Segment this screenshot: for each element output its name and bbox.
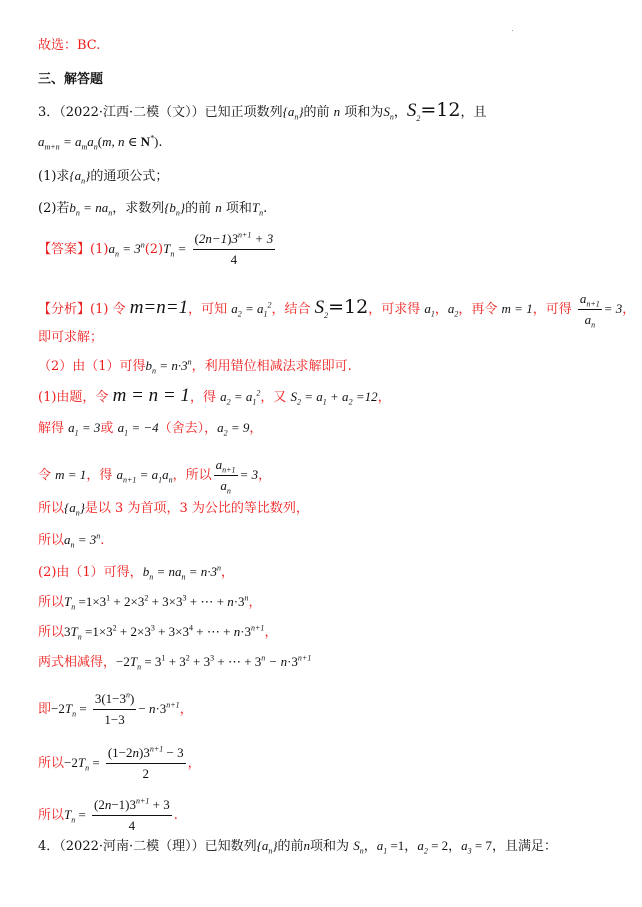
section-heading: 三、解答题 xyxy=(38,70,103,90)
solution-step-4: 所以{an}是以 3 为首项，3 为公比的等比数列， xyxy=(38,498,309,519)
solution-step-9: 两式相减得，−2Tn = 31 + 32 + 33 + ⋯ + 3n − n·3… xyxy=(38,652,311,673)
analysis-line1: 【分析】(1) 令 m=n=1，可知 a2 = a12，结合 S2=12，可求得… xyxy=(38,290,635,329)
prev-conclusion: 故选：BC. xyxy=(38,36,100,56)
solution-step-7: 所以Tn =1×31 + 2×32 + 3×33 + ⋯ + n·3n， xyxy=(38,592,262,613)
problem3-part2: (2)若bn = nan，求数列{bn}的前 n 项和Tn. xyxy=(38,198,267,219)
problem3-condition: am+n = aman(m, n ∈ N*). xyxy=(38,132,162,153)
problem3-part1: (1)求{an}的通项公式； xyxy=(38,166,168,187)
solution-step-2: 解得 a1 = 3或 a1 = −4（舍去），a2 = 9， xyxy=(38,418,262,439)
solution-step-1: (1)由题，令 m = n = 1，得 a2 = a12，又 S2 = a1 +… xyxy=(38,386,391,408)
solution-step-3: 令 m = 1，得 an+1 = a1an，所以an+1an= 3， xyxy=(38,456,271,495)
solution-step-6: (2)由（1）可得，bn = nan = n·3n， xyxy=(38,562,234,583)
analysis-line3: （2）由（1）可得bn = n·3n，利用错位相减法求解即可. xyxy=(38,356,352,377)
problem4-stem: 4．（2022·河南·二模（理））已知数列{an}的前n项和为 Sn，a1 =1… xyxy=(38,836,557,857)
solution-step-8: 所以3Tn =1×32 + 2×33 + 3×34 + ⋯ + n·3n+1， xyxy=(38,622,277,643)
solution-step-12: 所以Tn = (2n−1)3n+1 + 34. xyxy=(38,796,178,835)
stray-dot xyxy=(512,30,513,31)
solution-step-5: 所以an = 3n. xyxy=(38,530,104,551)
solution-step-11: 所以−2Tn = (1−2n)3n+1 − 32， xyxy=(38,744,201,783)
problem3-stem: 3．（2022·江西·二模（文））已知正项数列{an}的前 n 项和为Sn，S2… xyxy=(38,100,486,123)
analysis-line2: 即可求解； xyxy=(38,328,103,348)
solution-step-10: 即−2Tn = 3(1−3n)1−3− n·3n+1， xyxy=(38,690,193,729)
answer-line: 【答案】(1)an = 3n(2)Tn = (2n−1)3n+1 + 34 xyxy=(38,230,277,269)
